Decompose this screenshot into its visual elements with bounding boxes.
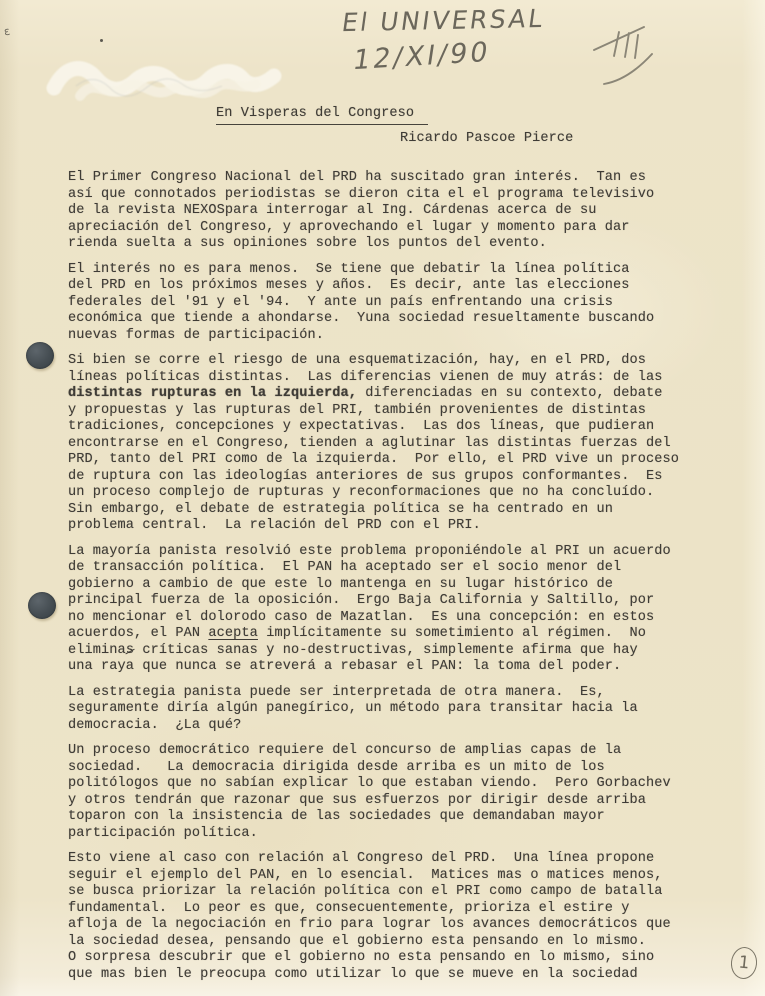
paragraph: El Primer Congreso Nacional del PRD ha s… bbox=[68, 170, 728, 253]
text-segment: Si bien se corre el riesgo de una esquem… bbox=[68, 353, 663, 385]
stray-ink-dot bbox=[100, 39, 103, 42]
roman-numeral-mark bbox=[588, 20, 680, 92]
text-segment: La estrategia panista puede ser interpre… bbox=[68, 685, 638, 733]
text-segment: Esto viene al caso con relación al Congr… bbox=[68, 851, 671, 982]
document-byline: Ricardo Pascoe Pierce bbox=[400, 131, 573, 148]
paragraph: Si bien se corre el riesgo de una esquem… bbox=[68, 353, 728, 535]
text-segment: El Primer Congreso Nacional del PRD ha s… bbox=[68, 170, 654, 251]
stray-pencil-mark: ε bbox=[3, 25, 11, 39]
paragraph: La estrategia panista puede ser interpre… bbox=[68, 685, 728, 735]
paragraph: La mayoría panista resolvió este problem… bbox=[68, 544, 728, 676]
paragraph: Un proceso democrático requiere del conc… bbox=[68, 743, 728, 842]
paragraph: El interés no es para menos. Se tiene qu… bbox=[68, 262, 728, 345]
page-number-badge: 1 bbox=[729, 946, 758, 981]
handwritten-publication-note: El UNIVERSAL bbox=[340, 4, 547, 37]
document-page: El UNIVERSAL 12/XI/90 ε En Visperas del … bbox=[0, 0, 765, 996]
document-body: El Primer Congreso Nacional del PRD ha s… bbox=[68, 170, 728, 992]
text-segment: diferenciadas en su contexto, debate y p… bbox=[68, 386, 679, 533]
whiteout-scribble bbox=[46, 36, 286, 116]
punch-hole bbox=[26, 342, 54, 369]
text-segment: El interés no es para menos. Se tiene qu… bbox=[68, 262, 654, 343]
paragraph: Esto viene al caso con relación al Congr… bbox=[68, 851, 728, 983]
text-segment: s bbox=[126, 643, 134, 658]
text-segment: críticas sanas y no-destructivas, simple… bbox=[68, 643, 638, 675]
text-segment: Un proceso democrático requiere del conc… bbox=[68, 743, 671, 841]
document-title: En Visperas del Congreso bbox=[216, 106, 428, 125]
text-segment: distintas rupturas en la izquierda, bbox=[68, 386, 357, 401]
handwritten-date-note: 12/XI/90 bbox=[351, 37, 493, 77]
punch-hole bbox=[28, 592, 56, 619]
page-number: 1 bbox=[738, 952, 751, 973]
text-segment: acepta bbox=[208, 626, 258, 641]
